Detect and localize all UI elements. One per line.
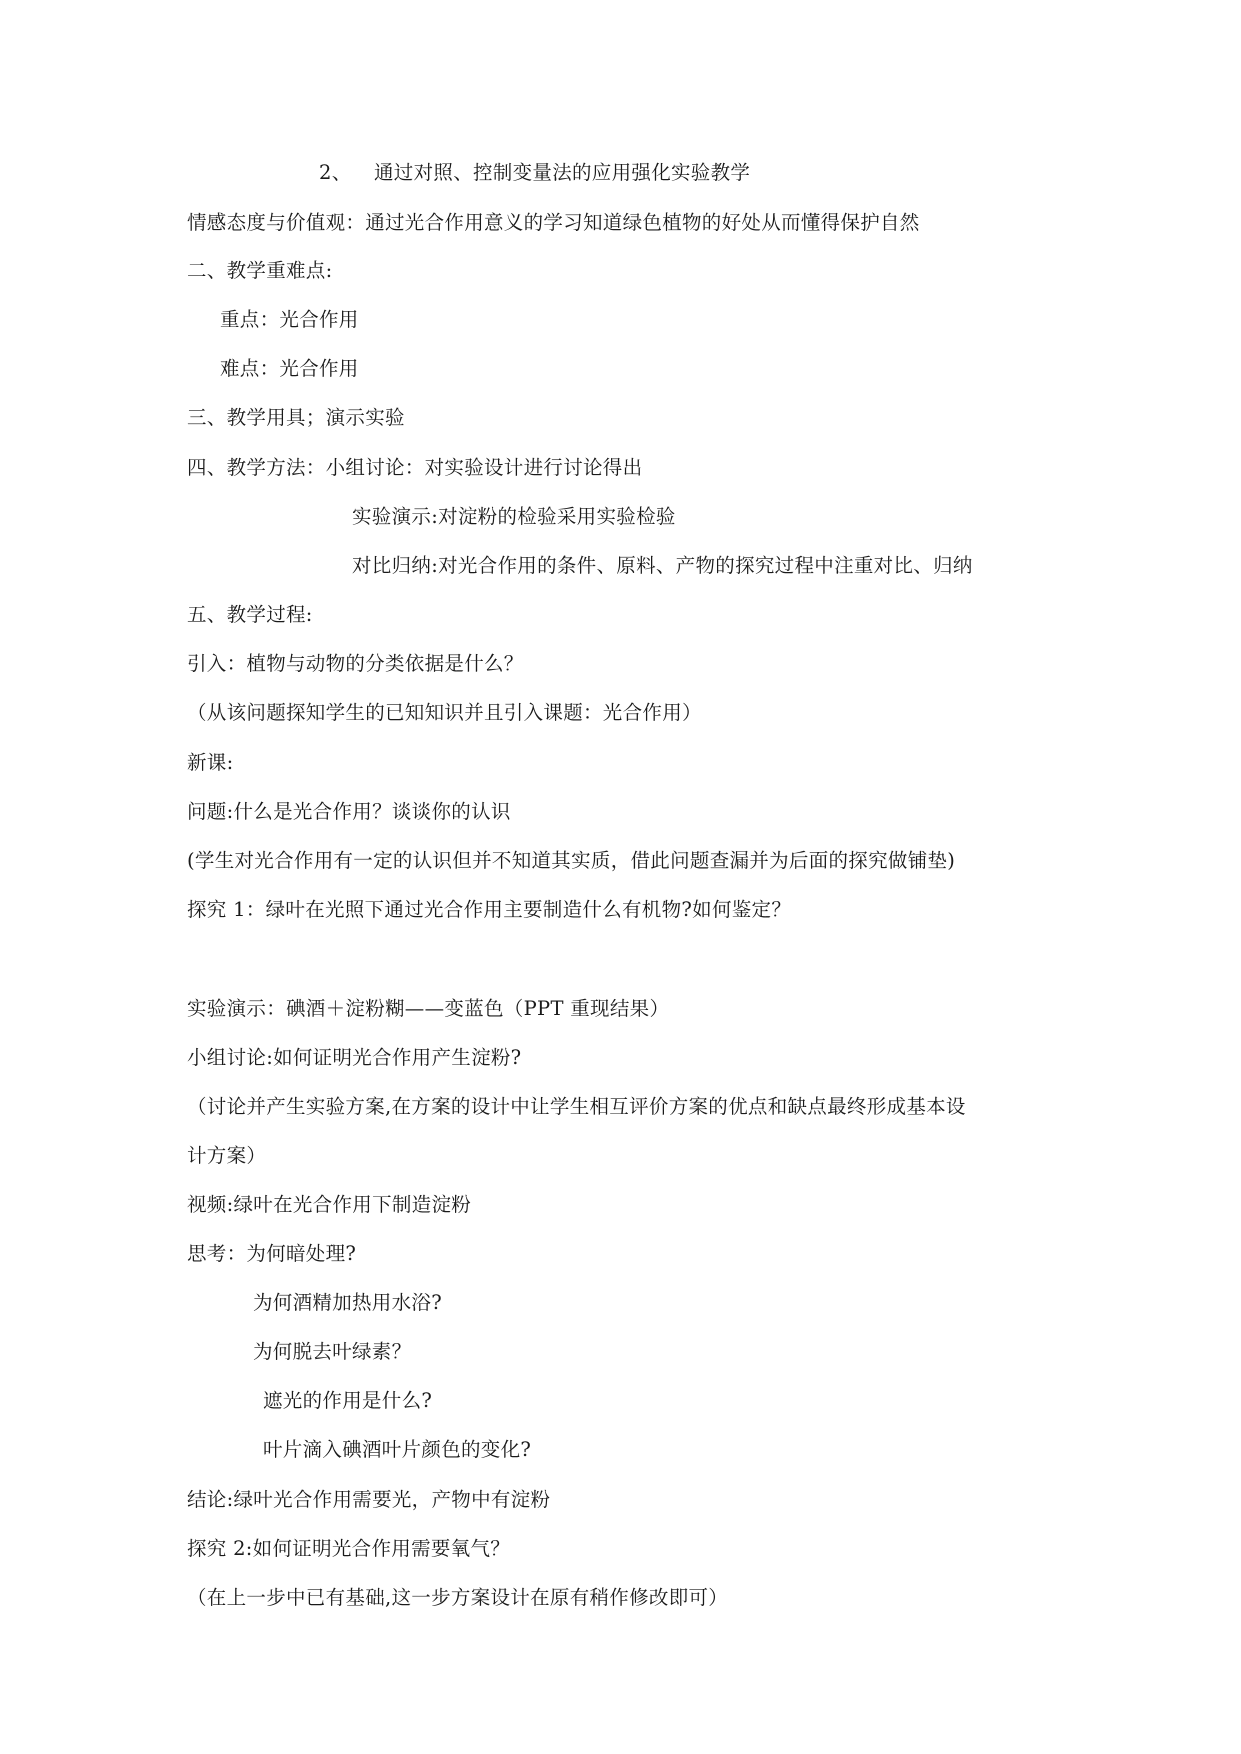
discussion-note-line-2: 计方案） xyxy=(187,1143,266,1169)
conclusion-text: 结论:绿叶光合作用需要光，产物中有淀粉 xyxy=(187,1487,550,1513)
section-heading-key-difficult: 二、教学重难点: xyxy=(187,258,332,284)
discussion-note-line-1: （讨论并产生实验方案,在方案的设计中让学生相互评价方案的优点和缺点最终形成基本设 xyxy=(187,1094,966,1120)
think-question-5: 叶片滴入碘酒叶片颜色的变化? xyxy=(263,1437,531,1463)
method-compare-text: 对比归纳:对光合作用的条件、原料、产物的探究过程中注重对比、归纳 xyxy=(352,553,973,579)
new-lesson-label: 新课: xyxy=(187,750,233,776)
intro-text: 引入：植物与动物的分类依据是什么？ xyxy=(187,651,524,677)
think-question-2: 为何酒精加热用水浴? xyxy=(253,1290,442,1316)
section-heading-teaching-methods: 四、教学方法：小组讨论：对实验设计进行讨论得出 xyxy=(187,455,642,481)
group-discussion-text: 小组讨论:如何证明光合作用产生淀粉? xyxy=(187,1045,521,1071)
inquiry-2-note-text: （在上一步中已有基础,这一步方案设计在原有稍作修改即可） xyxy=(187,1585,728,1611)
inquiry-1-text: 探究 1：绿叶在光照下通过光合作用主要制造什么有机物?如何鉴定？ xyxy=(187,897,791,923)
video-text: 视频:绿叶在光合作用下制造淀粉 xyxy=(187,1192,471,1218)
key-point-text: 重点：光合作用 xyxy=(220,307,359,333)
method-demo-text: 实验演示:对淀粉的检验采用实验检验 xyxy=(352,504,676,530)
difficult-point-text: 难点：光合作用 xyxy=(220,356,359,382)
question-note-text: (学生对光合作用有一定的认识但并不知道其实质，借此问题查漏并为后面的探究做铺垫) xyxy=(187,848,955,874)
objective-2-number: 2、 xyxy=(319,160,352,186)
intro-note-text: （从该问题探知学生的已知知识并且引入课题：光合作用） xyxy=(187,700,702,726)
experiment-demo-text: 实验演示：碘酒＋淀粉糊——变蓝色（PPT 重现结果） xyxy=(187,996,669,1022)
section-heading-teaching-process: 五、教学过程: xyxy=(187,602,313,628)
think-question-3: 为何脱去叶绿素？ xyxy=(253,1339,411,1365)
inquiry-2-text: 探究 2:如何证明光合作用需要氧气？ xyxy=(187,1536,510,1562)
objective-2-text: 通过对照、控制变量法的应用强化实验教学 xyxy=(374,160,750,186)
document-page: 2、 通过对照、控制变量法的应用强化实验教学 情感态度与价值观：通过光合作用意义… xyxy=(0,0,1241,1754)
think-question-4: 遮光的作用是什么? xyxy=(263,1388,432,1414)
section-heading-teaching-tools: 三、教学用具；演示实验 xyxy=(187,405,405,431)
think-question-1: 思考：为何暗处理? xyxy=(187,1241,356,1267)
question-text: 问题:什么是光合作用？谈谈你的认识 xyxy=(187,799,511,825)
emotion-values-text: 情感态度与价值观：通过光合作用意义的学习知道绿色植物的好处从而懂得保护自然 xyxy=(187,210,920,236)
